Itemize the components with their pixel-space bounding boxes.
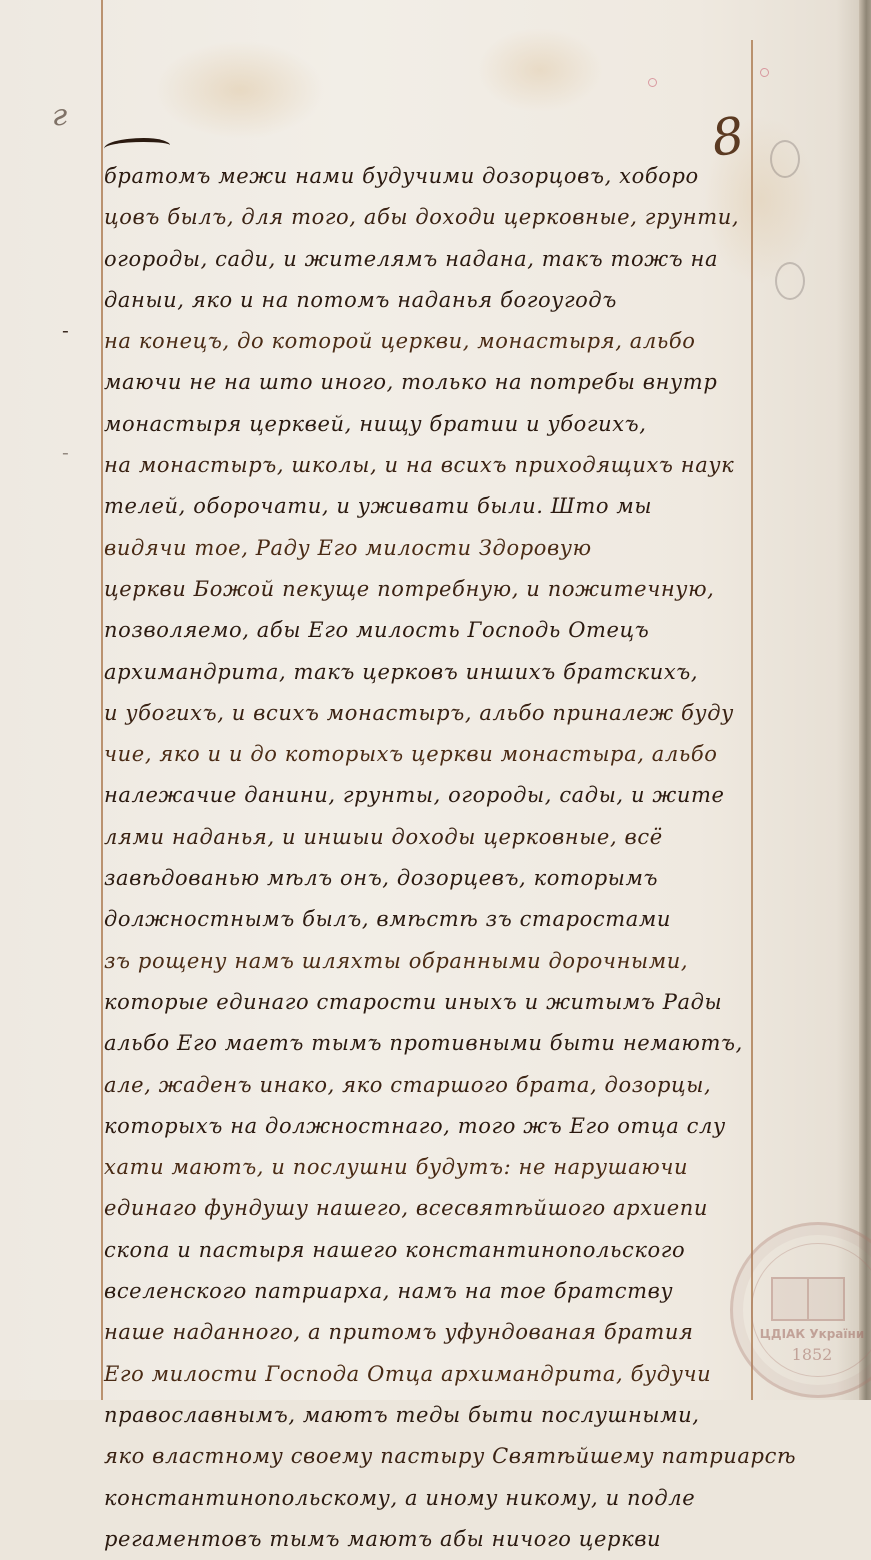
text-line: которые единаго старости иныхъ и житымъ …: [104, 982, 794, 1023]
text-line: хати маютъ, и послушни будутъ: не наруша…: [104, 1147, 794, 1188]
text-line: должностнымъ былъ, вмѣстѣ зъ старостами: [104, 899, 794, 940]
text-line: церкви Божой пекуще потребную, и пожитеч…: [104, 569, 794, 610]
initial-letter-flourish: [104, 138, 170, 156]
text-line: наше наданного, а притомъ уфундованая бр…: [104, 1312, 794, 1353]
text-line: которыхъ на должностнаго, того жъ Его от…: [104, 1106, 794, 1147]
text-line: позволяемо, абы Его милость Господь Отец…: [104, 610, 794, 651]
text-line: цовъ былъ, для того, абы доходи церковны…: [104, 197, 794, 238]
text-line: монастыря церквей, нищу братии и убогихъ…: [104, 404, 794, 445]
text-line: альбо Его маетъ тымъ противными быти нем…: [104, 1023, 794, 1064]
text-line: телей, оборочати, и уживати были. Што мы: [104, 486, 794, 527]
text-line: лями наданья, и иншыи доходы церковные, …: [104, 817, 794, 858]
text-line: и убогихъ, и всихъ монастыръ, альбо прин…: [104, 693, 794, 734]
manuscript-text: братомъ межи нами будучими дозорцовъ, хо…: [104, 156, 794, 1400]
text-line: на монастыръ, школы, и на всихъ приходящ…: [104, 445, 794, 486]
margin-dash: -: [62, 318, 69, 342]
text-line: единаго фундушу нашего, всесвятѣйшого ар…: [104, 1188, 794, 1229]
text-line: скопа и пастыря нашего константинопольск…: [104, 1230, 794, 1271]
text-line: завѣдованью мѣлъ онъ, дозорцевъ, которым…: [104, 858, 794, 899]
red-ink-mark: [760, 68, 769, 77]
text-line: вселенского патриарха, намъ на тое братс…: [104, 1271, 794, 1312]
text-line: видячи тое, Раду Его милости Здоровую: [104, 528, 794, 569]
text-line: на конецъ, до которой церкви, монастыря,…: [104, 321, 794, 362]
red-ink-mark: [648, 78, 657, 87]
text-line: огороды, сади, и жителямъ надана, такъ т…: [104, 239, 794, 280]
open-book-icon: [771, 1277, 845, 1321]
left-margin-rule: [101, 0, 103, 1400]
stamp-label: ЦДІАК України: [757, 1327, 867, 1341]
manuscript-page: г 8 - - братомъ межи нами будучими дозор…: [0, 0, 871, 1400]
stamp-year: 1852: [757, 1345, 867, 1364]
text-line: даныи, яко и на потомъ наданья богоугодъ: [104, 280, 794, 321]
margin-dash: -: [62, 440, 69, 464]
text-line: але, жаденъ инако, яко старшого брата, д…: [104, 1065, 794, 1106]
text-line: чие, яко и и до которыхъ церкви монастыр…: [104, 734, 794, 775]
text-line: православнымъ, маютъ теды быти послушным…: [104, 1395, 794, 1400]
text-line: архимандрита, такъ церковъ иншихъ братск…: [104, 652, 794, 693]
page-binding-edge: [859, 0, 871, 1400]
text-line: Его милости Господа Отца архимандрита, б…: [104, 1354, 794, 1395]
text-line: належачие данини, грунты, огороды, сады,…: [104, 775, 794, 816]
text-line: маючи не на што иного, только на потребы…: [104, 362, 794, 403]
folio-mark: г: [52, 98, 67, 133]
text-line: братомъ межи нами будучими дозорцовъ, хо…: [104, 156, 794, 197]
text-line: зъ рощену намъ шляхты обранными дорочным…: [104, 941, 794, 982]
